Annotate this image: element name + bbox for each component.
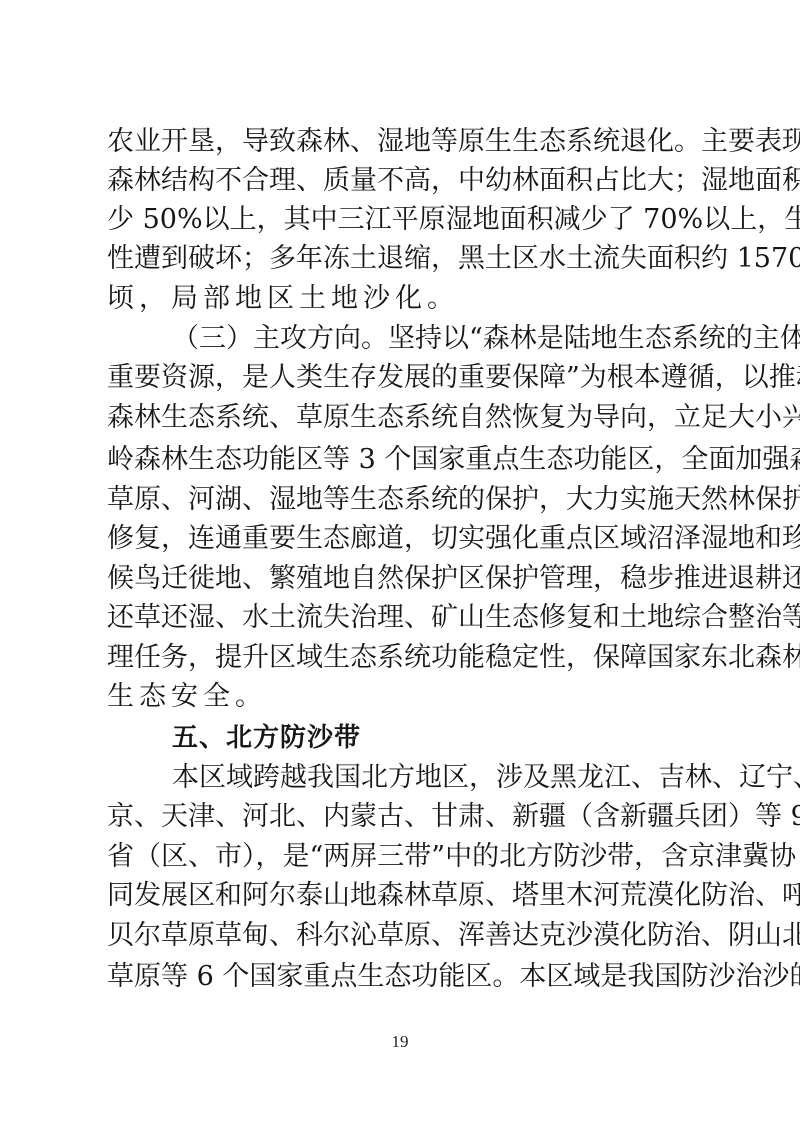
paragraph-start-line: 本区域跨越我国北方地区，涉及黑龙江、吉林、辽宁、北 <box>172 763 690 793</box>
text-line: 岭森林生态功能区等 3 个国家重点生态功能区，全面加强森林、 <box>107 445 690 475</box>
document-page: 农业开垦，导致森林、湿地等原生生态系统退化。主要表现在， 森林结构不合理、质量不… <box>0 0 800 1131</box>
text-line: 修复，连通重要生态廊道，切实强化重点区域沼泽湿地和珍稀 <box>107 524 690 554</box>
text-line: 候鸟迁徙地、繁殖地自然保护区保护管理，稳步推进退耕还林 <box>107 564 690 594</box>
page-number: 19 <box>0 1032 800 1052</box>
text-line: 森林生态系统、草原生态系统自然恢复为导向，立足大小兴安 <box>107 403 690 433</box>
text-line: 京、天津、河北、内蒙古、甘肃、新疆（含新疆兵团）等 9 个 <box>107 802 690 832</box>
text-line: 生态安全。 <box>107 682 690 712</box>
text-line: 草原等 6 个国家重点生态功能区。本区域是我国防沙治沙的关 <box>107 962 690 992</box>
text-line: 重要资源，是人类生存发展的重要保障”为根本遵循，以推动 <box>107 363 690 393</box>
text-line: 还草还湿、水土流失治理、矿山生态修复和土地综合整治等治 <box>107 603 690 633</box>
text-line: 同发展区和阿尔泰山地森林草原、塔里木河荒漠化防治、呼伦 <box>107 881 690 911</box>
section-heading: 五、北方防沙带 <box>172 723 472 753</box>
text-line: 理任务，提升区域生态系统功能稳定性，保障国家东北森林带 <box>107 643 690 673</box>
text-line: 少 50%以上，其中三江平原湿地面积减少了 70%以上，生物多样 <box>107 205 690 235</box>
text-line: 森林结构不合理、质量不高，中幼林面积占比大；湿地面积减 <box>107 166 690 196</box>
paragraph-start-line: （三）主攻方向。坚持以“森林是陆地生态系统的主体和 <box>172 324 690 354</box>
text-line: 顷，局部地区土地沙化。 <box>107 284 690 314</box>
text-line: 农业开垦，导致森林、湿地等原生生态系统退化。主要表现在， <box>107 127 690 157</box>
text-line: 省（区、市），是“两屏三带”中的北方防沙带，含京津冀协 <box>107 842 690 872</box>
text-line: 性遭到破坏；多年冻土退缩，黑土区水土流失面积约 1570 万公 <box>107 244 690 274</box>
text-line: 贝尔草原草甸、科尔沁草原、浑善达克沙漠化防治、阴山北麓 <box>107 921 690 951</box>
text-line: 草原、河湖、湿地等生态系统的保护，大力实施天然林保护和 <box>107 485 690 515</box>
